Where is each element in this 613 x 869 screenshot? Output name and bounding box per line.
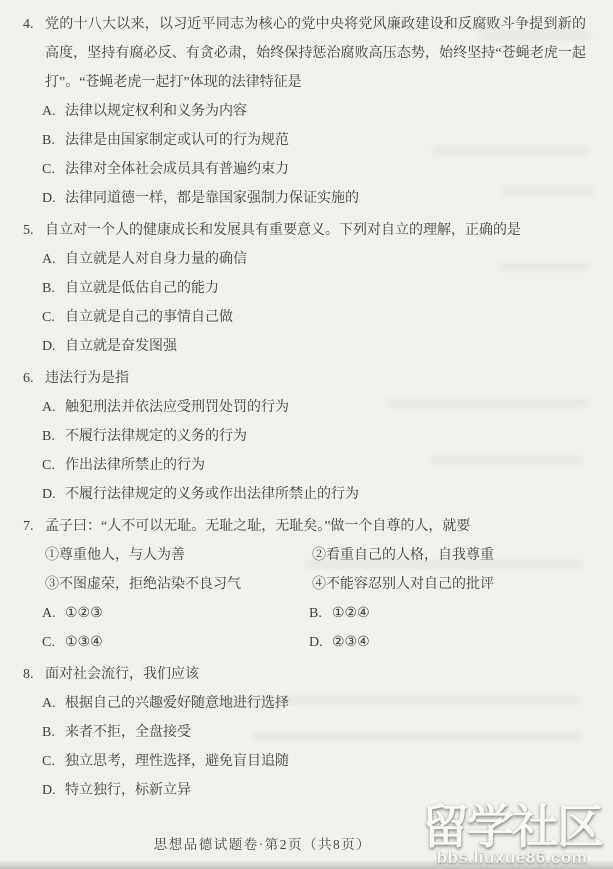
- option-7c: C.①③④: [42, 628, 309, 657]
- option-label: B.: [42, 126, 65, 155]
- option-7b: B.①②④: [309, 599, 613, 628]
- option-5b: B.自立就是低估自己的能力: [0, 274, 613, 303]
- option-text: 法律同道德一样，都是靠国家强制力保证实施的: [65, 191, 359, 206]
- scanned-exam-page: 4. 党的十八大以来，以习近平同志为核心的党中央将党风廉政建设和反腐败斗争提到新…: [0, 0, 613, 869]
- scan-artifact: [432, 146, 590, 155]
- sub-item-label: ③: [45, 577, 59, 592]
- sub-items-row-2: ③不图虚荣，拒绝沾染不良习气 ④不能容忍别人对自己的批评: [45, 570, 613, 599]
- question-number: 8.: [23, 660, 34, 689]
- option-label: D.: [42, 480, 65, 509]
- option-text: 自立就是低估自己的能力: [65, 281, 219, 296]
- options-row-1: A.①②③ B.①②④: [42, 599, 613, 628]
- option-text: 法律是由国家制定或认可的行为规范: [65, 133, 289, 148]
- sub-item-text: 不图虚荣，拒绝沾染不良习气: [59, 577, 241, 592]
- option-text: 触犯刑法并依法应受刑罚处罚的行为: [65, 400, 289, 415]
- option-text: ②③④: [332, 635, 370, 650]
- option-6d: D.不履行法律规定的义务或作出法律所禁止的行为: [0, 480, 613, 509]
- question-number: 7.: [23, 512, 34, 541]
- option-8d: D.特立独行，标新立异: [0, 776, 613, 805]
- scan-artifact: [305, 560, 583, 569]
- question-stem: 违法行为是指: [45, 364, 586, 393]
- question-stem: 自立对一个人的健康成长和发展具有重要意义。下列对自立的理解，正确的是: [45, 216, 586, 245]
- sub-item-label: ④: [312, 577, 326, 592]
- option-label: C.: [42, 451, 65, 480]
- option-5c: C.自立就是自己的事情自己做: [0, 303, 613, 332]
- sub-item-label: ①: [45, 548, 59, 563]
- option-label: B.: [42, 274, 65, 303]
- options-row-2: C.①③④ D.②③④: [42, 628, 613, 657]
- option-label: B.: [309, 599, 332, 628]
- option-text: 特立独行，标新立异: [65, 783, 191, 798]
- option-label: C.: [42, 303, 65, 332]
- option-text: 自立就是人对自身力量的确信: [65, 252, 247, 267]
- scan-artifact: [500, 262, 590, 271]
- sub-item-1: ①尊重他人，与人为善: [45, 541, 312, 570]
- option-label: D.: [309, 628, 332, 657]
- question-stem: 党的十八大以来，以习近平同志为核心的党中央将党风廉政建设和反腐败斗争提到新的高度…: [45, 10, 586, 97]
- question-number: 4.: [23, 10, 34, 39]
- option-label: D.: [42, 776, 65, 805]
- option-text: 不履行法律规定的义务或作出法律所禁止的行为: [65, 487, 359, 502]
- scan-artifact: [252, 732, 582, 741]
- option-7d: D.②③④: [309, 628, 613, 657]
- option-label: B.: [42, 422, 65, 451]
- question-5: 5. 自立对一个人的健康成长和发展具有重要意义。下列对自立的理解，正确的是 A.…: [0, 216, 613, 361]
- scan-artifact: [388, 398, 588, 408]
- option-label: A.: [42, 393, 65, 422]
- option-label: C.: [42, 628, 65, 657]
- option-6b: B.不履行法律规定的义务的行为: [0, 422, 613, 451]
- option-text: 自立就是奋发图强: [65, 339, 177, 354]
- question-number: 5.: [23, 216, 34, 245]
- scan-artifact: [480, 30, 592, 40]
- option-label: A.: [42, 689, 65, 718]
- scan-artifact: [502, 186, 594, 196]
- scan-artifact: [430, 456, 582, 465]
- option-text: 法律对全体社会成员具有普遍约束力: [65, 162, 289, 177]
- exam-questions: 4. 党的十八大以来，以习近平同志为核心的党中央将党风廉政建设和反腐败斗争提到新…: [0, 10, 613, 808]
- option-text: 独立思考，理性选择，避免盲目追随: [65, 754, 289, 769]
- option-label: A.: [42, 97, 65, 126]
- sub-item-text: 尊重他人，与人为善: [59, 548, 185, 563]
- question-number: 6.: [23, 364, 34, 393]
- option-label: C.: [42, 155, 65, 184]
- option-5d: D.自立就是奋发图强: [0, 332, 613, 361]
- sub-item-4: ④不能容忍别人对自己的批评: [312, 570, 613, 599]
- question-stem: 面对社会流行，我们应该: [45, 660, 586, 689]
- option-label: A.: [42, 245, 65, 274]
- option-text: 自立就是自己的事情自己做: [65, 310, 233, 325]
- question-4: 4. 党的十八大以来，以习近平同志为核心的党中央将党风廉政建设和反腐败斗争提到新…: [0, 10, 613, 213]
- scan-bottom-edge: [0, 860, 613, 869]
- page-footer: 思想品德试题卷·第2页（共8页）: [0, 833, 525, 853]
- question-7: 7. 孟子曰：“人不可以无耻。无耻之耻，无耻矣。”做一个自尊的人，就要 ①尊重他…: [0, 512, 613, 657]
- question-stem: 孟子曰：“人不可以无耻。无耻之耻，无耻矣。”做一个自尊的人，就要: [45, 512, 586, 541]
- option-label: C.: [42, 747, 65, 776]
- sub-item-3: ③不图虚荣，拒绝沾染不良习气: [45, 570, 312, 599]
- option-8c: C.独立思考，理性选择，避免盲目追随: [0, 747, 613, 776]
- option-text: 不履行法律规定的义务的行为: [65, 429, 247, 444]
- option-4c: C.法律对全体社会成员具有普遍约束力: [0, 155, 613, 184]
- option-label: A.: [42, 599, 65, 628]
- question-6: 6. 违法行为是指 A.触犯刑法并依法应受刑罚处罚的行为 B.不履行法律规定的义…: [0, 364, 613, 509]
- option-label: B.: [42, 718, 65, 747]
- scan-artifact: [162, 696, 580, 705]
- option-4a: A.法律以规定权利和义务为内容: [0, 97, 613, 126]
- option-text: ①③④: [65, 635, 103, 650]
- option-text: 法律以规定权利和义务为内容: [65, 104, 247, 119]
- sub-item-text: 不能容忍别人对自己的批评: [326, 577, 494, 592]
- option-text: 作出法律所禁止的行为: [65, 458, 205, 473]
- option-label: D.: [42, 332, 65, 361]
- option-text: ①②④: [332, 606, 370, 621]
- option-text: ①②③: [65, 606, 103, 621]
- option-7a: A.①②③: [42, 599, 309, 628]
- option-label: D.: [42, 184, 65, 213]
- option-text: 来者不拒，全盘接受: [65, 725, 191, 740]
